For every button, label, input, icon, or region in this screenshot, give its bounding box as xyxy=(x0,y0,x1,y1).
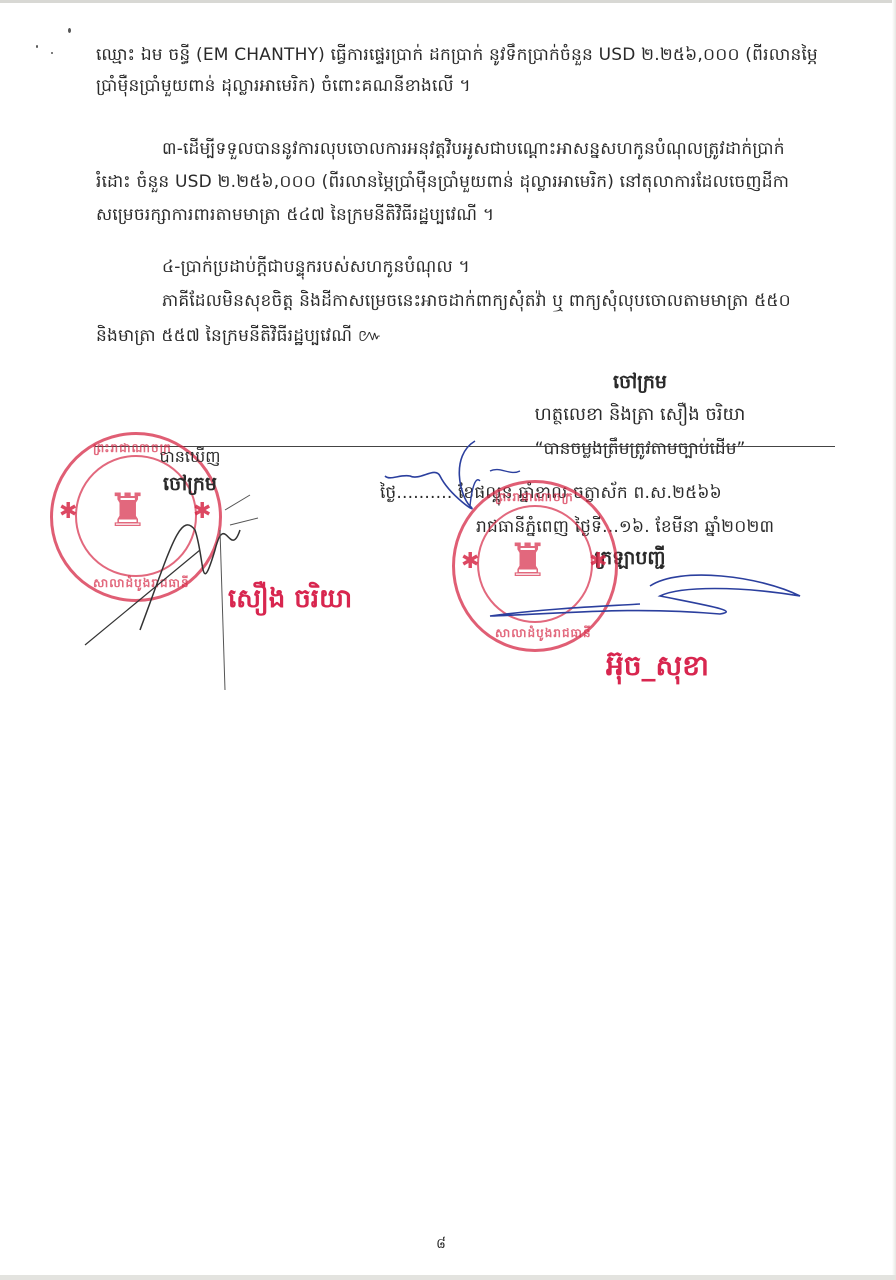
page-number: ៨ xyxy=(436,1234,446,1255)
paragraph-line: ភាគីដែលមិនសុខចិត្ត និងដីកាសម្រេចនេះអាចដា… xyxy=(162,286,791,316)
clerk-signature xyxy=(380,436,820,636)
paragraph-line: សម្រេចរក្សាការពារតាមមាត្រា ៥៤៧ នៃក្រមនីត… xyxy=(96,200,494,230)
scan-edge-right xyxy=(892,0,896,1280)
paragraph-line: រំដោះ ចំនួន USD ២.២៥៦,០០០ (ពីរលានម្ភៃប្រ… xyxy=(96,167,789,197)
scan-speck xyxy=(36,45,38,48)
paragraph-line: ៤-ប្រាក់ប្រដាប់ក្ដីជាបន្ទុករបស់សហកូនបំណុ… xyxy=(162,252,470,282)
paragraph-line: ប្រាំម៉ឺនប្រាំមួយពាន់ ដុល្លារអាមេរិក) ចំ… xyxy=(96,71,471,101)
paragraph-line: និងមាត្រា ៥៥៧ នៃក្រមនីតិវិធីរដ្ឋប្បវេណី … xyxy=(96,321,382,351)
judge-name-stamp: សឿង ចរិយា xyxy=(228,582,352,620)
judge-title: ចៅក្រម xyxy=(560,370,720,398)
scan-edge-top xyxy=(0,0,896,3)
paragraph-line: ៣-ដើម្បីទទួលបាននូវការលុបចោលការអនុវត្តវិប… xyxy=(162,134,785,164)
clerk-name-stamp: អ៊ុច_សុខា xyxy=(606,648,709,689)
clerk-signature-line: ហត្ថលេខា និងត្រា សឿង ចរិយា xyxy=(470,402,810,429)
seen-label: បានឃើញ xyxy=(140,446,240,470)
scan-speck xyxy=(51,52,53,54)
paragraph-line: ឈ្មោះ ឯម ចន្ធី (EM CHANTHY) ធ្វើការផ្ទេរ… xyxy=(96,40,818,70)
scan-edge-bottom xyxy=(0,1275,896,1280)
scan-speck xyxy=(68,28,71,33)
